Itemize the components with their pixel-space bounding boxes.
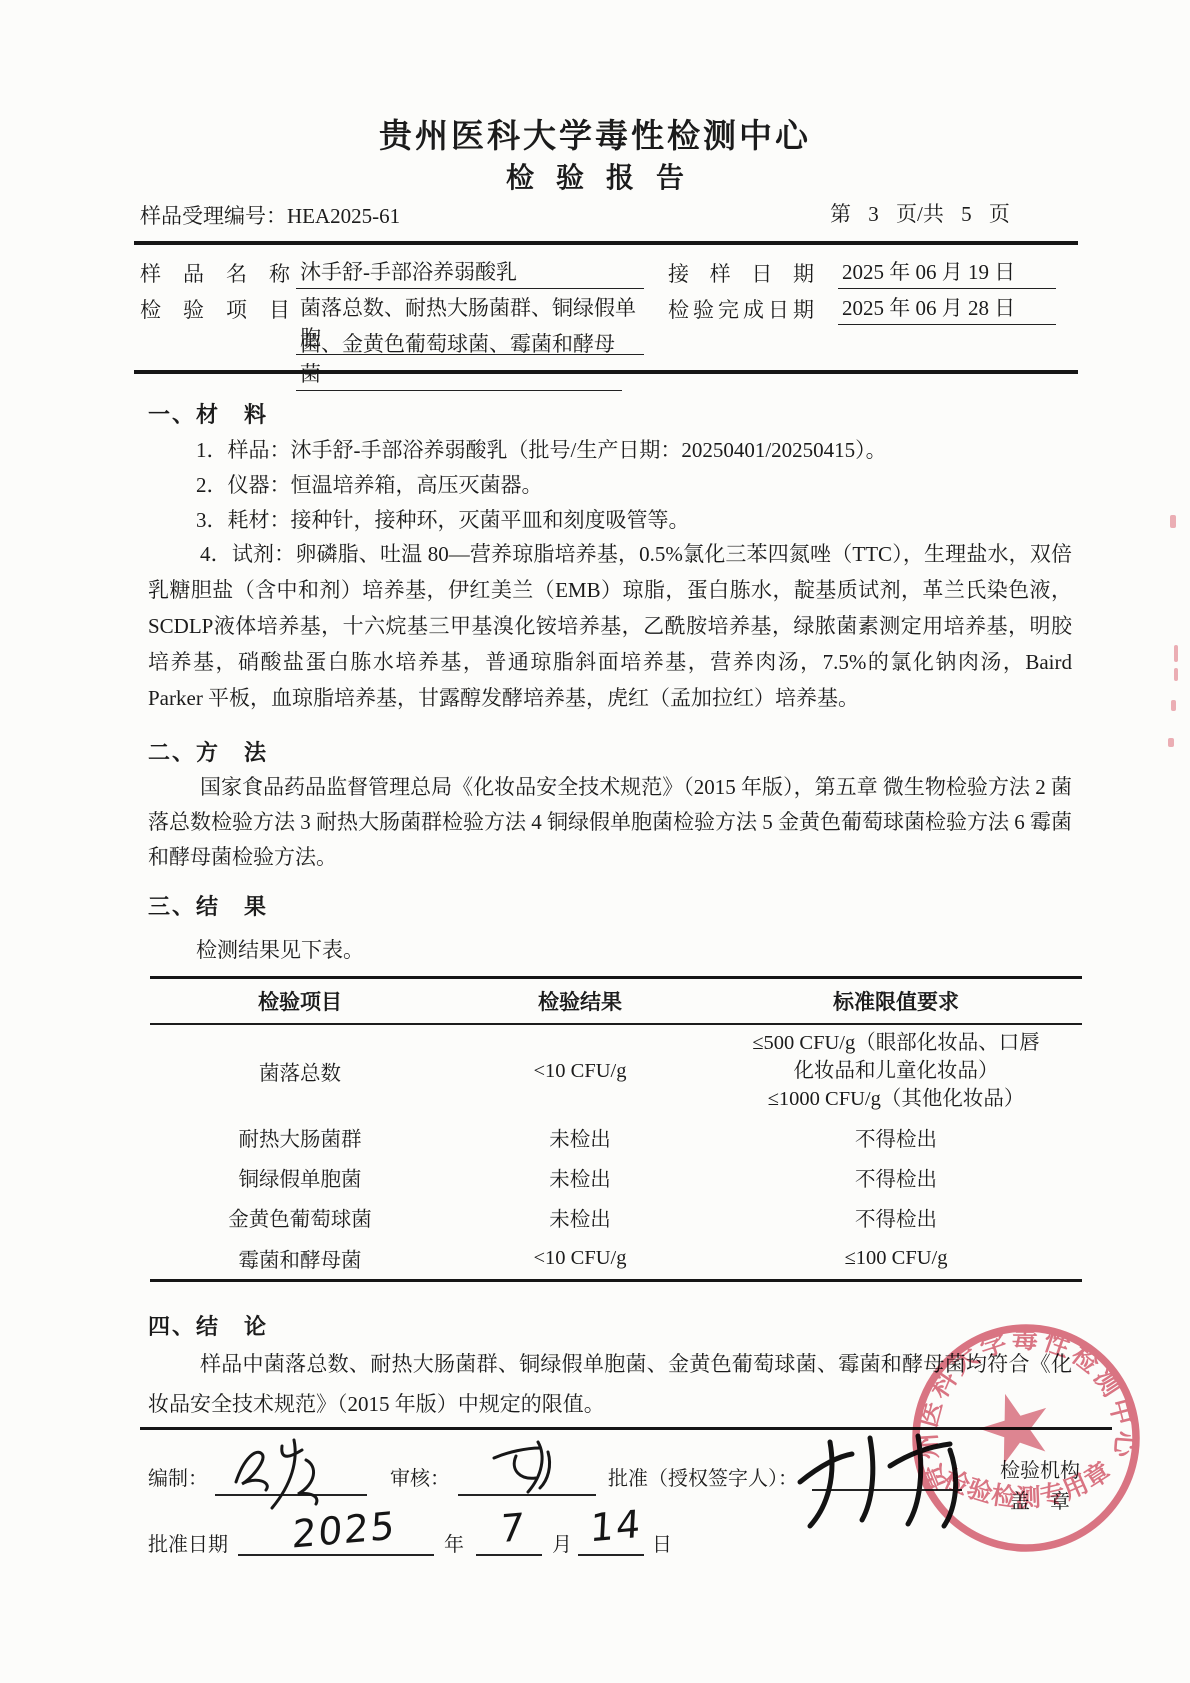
month-unit: 月 (552, 1528, 572, 1557)
row-limit: ≤500 CFU/g（眼部化妆品、口唇 化妆品和儿童化妆品） ≤1000 CFU… (710, 1029, 1082, 1113)
approve-year-handwritten: 2025 (291, 1503, 398, 1556)
scan-artifact (1174, 668, 1178, 681)
limit-line: ≤500 CFU/g（眼部化妆品、口唇 (710, 1029, 1082, 1057)
row-item: 霉菌和酵母菌 (150, 1243, 450, 1273)
row-result: <10 CFU/g (450, 1247, 710, 1270)
row-limit: 不得检出 (710, 1122, 1082, 1152)
approve-date-label: 批准日期 (148, 1528, 228, 1557)
report-title: 检验报告 (0, 156, 1190, 196)
receive-date-value: 2025 年 06 月 19 日 (838, 256, 1056, 289)
approve-month-handwritten: 7 (499, 1505, 527, 1552)
results-table-header: 检验项目 检验结果 标准限值要求 (150, 979, 1082, 1025)
sample-name-value: 沐手舒-手部浴养弱酸乳 (296, 256, 644, 289)
section-results-title: 三、结 果 (148, 890, 268, 921)
row-result: <10 CFU/g (450, 1060, 710, 1083)
reviewed-signature (482, 1436, 574, 1498)
row-result: 未检出 (450, 1202, 710, 1232)
col-header-limit: 标准限值要求 (710, 986, 1082, 1016)
table-row: 耐热大肠菌群 未检出 不得检出 (150, 1117, 1082, 1157)
stamp-star-icon (975, 1389, 1052, 1467)
row-item: 铜绿假单胞菌 (150, 1162, 450, 1192)
table-row: 霉菌和酵母菌 <10 CFU/g ≤100 CFU/g (150, 1237, 1082, 1279)
complete-date-value: 2025 年 06 月 28 日 (838, 292, 1056, 325)
divider-top (134, 241, 1078, 245)
approve-day-handwritten: 14 (589, 1502, 643, 1551)
report-page: 贵州医科大学毒性检测中心 检验报告 样品受理编号：HEA2025-61 第 3 … (0, 0, 1190, 1683)
row-item: 耐热大肠菌群 (150, 1122, 450, 1152)
materials-item-1: 1．样品：沐手舒-手部浴养弱酸乳（批号/生产日期：20250401/202504… (196, 434, 887, 464)
year-unit: 年 (444, 1528, 464, 1557)
section-materials-title: 一、材 料 (148, 398, 268, 429)
date-line-month (476, 1554, 542, 1556)
day-unit: 日 (652, 1528, 672, 1557)
row-limit: 不得检出 (710, 1162, 1082, 1192)
col-header-result: 检验结果 (450, 986, 710, 1016)
org-title: 贵州医科大学毒性检测中心 (0, 110, 1190, 157)
row-result: 未检出 (450, 1122, 710, 1152)
divider-header (134, 370, 1078, 374)
test-items-label: 检验项目 (140, 294, 290, 324)
table-row: 菌落总数 <10 CFU/g ≤500 CFU/g（眼部化妆品、口唇 化妆品和儿… (150, 1025, 1082, 1117)
prepared-label: 编制： (148, 1462, 208, 1491)
row-limit: ≤100 CFU/g (710, 1247, 1082, 1270)
approved-label: 批准（授权签字人）： (608, 1462, 798, 1491)
scan-artifact (1174, 645, 1178, 662)
sample-no-row: 样品受理编号：HEA2025-61 (140, 200, 400, 230)
reviewed-label: 审核： (390, 1462, 450, 1491)
materials-item-4: 4．试剂：卵磷脂、吐温 80—营养琼脂培养基，0.5%氯化三苯四氮唑（TTC），… (148, 536, 1072, 716)
prepared-signature (222, 1432, 362, 1516)
sample-no-value: HEA2025-61 (287, 204, 400, 228)
materials-item-2: 2．仪器：恒温培养箱，高压灭菌器。 (196, 469, 543, 499)
sample-name-label: 样品名称 (140, 258, 290, 288)
stamp-banner-text: 检验检测专用章 (937, 1445, 1120, 1524)
row-limit: 不得检出 (710, 1202, 1082, 1232)
row-item: 菌落总数 (150, 1056, 450, 1086)
scan-artifact (1170, 515, 1176, 528)
results-intro: 检测结果见下表。 (196, 934, 364, 964)
table-row: 金黄色葡萄球菌 未检出 不得检出 (150, 1197, 1082, 1237)
method-body: 国家食品药品监督管理总局《化妆品安全技术规范》（2015 年版），第五章 微生物… (148, 770, 1072, 875)
section-method-title: 二、方 法 (148, 736, 268, 767)
date-line-day (578, 1554, 644, 1556)
row-item: 金黄色葡萄球菌 (150, 1202, 450, 1232)
limit-line: ≤1000 CFU/g（其他化妆品） (710, 1085, 1082, 1113)
col-header-item: 检验项目 (150, 986, 450, 1016)
page-indicator: 第 3 页/共 5 页 (830, 198, 1010, 228)
section-conclusion-title: 四、结 论 (148, 1310, 268, 1341)
row-result: 未检出 (450, 1162, 710, 1192)
scan-artifact (1171, 700, 1176, 711)
sample-no-label: 样品受理编号： (140, 204, 287, 228)
results-table: 检验项目 检验结果 标准限值要求 菌落总数 <10 CFU/g ≤500 CFU… (150, 976, 1082, 1282)
complete-date-label: 检验完成日期 (668, 294, 814, 324)
receive-date-label: 接样日期 (668, 258, 814, 288)
date-line-year (238, 1554, 434, 1556)
test-items-line2: 菌、金黄色葡萄球菌、霉菌和酵母菌 (296, 328, 622, 391)
table-row: 铜绿假单胞菌 未检出 不得检出 (150, 1157, 1082, 1197)
materials-item-3: 3．耗材：接种针，接种环，灭菌平皿和刻度吸管等。 (196, 504, 690, 534)
limit-line: 化妆品和儿童化妆品） (710, 1057, 1082, 1085)
scan-artifact (1168, 738, 1174, 747)
official-stamp: 贵州医科大学毒性检测中心 检验检测专用章 (894, 1306, 1157, 1569)
